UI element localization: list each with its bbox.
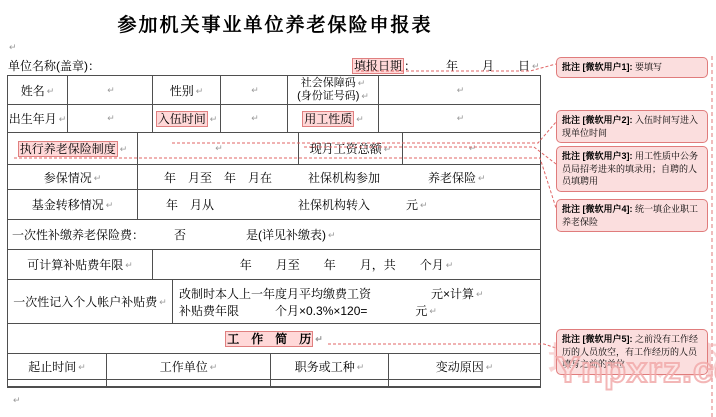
report-date-group: 填报日期： 年 月 日↵ bbox=[352, 57, 540, 74]
watermark-wordmark: Ynpxrz.com bbox=[556, 349, 716, 391]
name-value-cell[interactable]: ↵ bbox=[67, 76, 152, 104]
table-row: 可计算补贴费年限↵ 年 月至 年 月，共 个月↵ bbox=[8, 249, 540, 279]
paragraph-mark: ↵ bbox=[107, 113, 115, 124]
paragraph-mark: ↵ bbox=[469, 143, 477, 154]
comment-author: 批注 [微软用户1]: bbox=[562, 62, 633, 72]
table-row: 参保情况↵ 年 月至 年 月在 社保机构参加 养老保险↵ bbox=[8, 164, 540, 189]
header-line: 单位名称(盖章)： 填报日期： 年 月 日↵ bbox=[8, 55, 542, 73]
employment-value-cell[interactable]: ↵ bbox=[378, 105, 540, 132]
table-row: 一次性补缴养老保险费： 否 是(详见补缴表)↵ bbox=[8, 219, 540, 249]
transfer-value-cell[interactable]: 年 月从 社保机构转入 元↵ bbox=[137, 190, 540, 219]
comment-anchor-work-history[interactable]: 工 作 简 历 bbox=[225, 331, 313, 347]
insured-value-cell[interactable]: 年 月至 年 月在 社保机构参加 养老保险↵ bbox=[137, 165, 540, 189]
comment-anchor-pension-system[interactable]: 执行养老保险制度 bbox=[18, 141, 118, 157]
paragraph-mark: ↵ bbox=[457, 85, 465, 96]
comment-balloon-1[interactable]: 批注 [微软用户1]: 要填写 bbox=[556, 57, 708, 78]
comment-author: 批注 [微软用户2]: bbox=[562, 115, 633, 125]
paragraph-mark: ↵ bbox=[9, 42, 17, 53]
paragraph-mark: ↵ bbox=[215, 143, 223, 154]
comment-author: 批注 [微软用户4]: bbox=[562, 204, 633, 214]
comment-balloon-3[interactable]: 批注 [微软用户3]: 用工性质中公务员局招考进来的填录用；自聘的人员填聘用 bbox=[556, 146, 708, 192]
transfer-label-cell: 基金转移情况↵ bbox=[8, 190, 137, 219]
wh-col-employer: 工作单位↵ bbox=[106, 354, 270, 379]
table-row: 基金转移情况↵ 年 月从 社保机构转入 元↵ bbox=[8, 189, 540, 219]
application-form-table: 姓名↵ ↵ 性别↵ ↵ 社会保障码↵ (身份证号码)↵ ↵ 出生年月↵ ↵ 入伍… bbox=[7, 75, 541, 388]
subsidy-years-value-cell[interactable]: 年 月至 年 月，共 个月↵ bbox=[152, 250, 540, 279]
subsidy-years-label-cell: 可计算补贴费年限↵ bbox=[8, 250, 152, 279]
wh-col-reason: 变动原因↵ bbox=[388, 354, 540, 379]
paragraph-mark: ↵ bbox=[457, 113, 465, 124]
document-page: 参加机关事业单位养老保险申报表 ↵ 单位名称(盖章)： 填报日期： 年 月 日↵… bbox=[0, 0, 716, 417]
enlist-label-cell: 入伍时间↵ bbox=[152, 105, 220, 132]
table-row: 一次性记入个人帐户补贴费↵ 改制时本人上一年度月平均缴费工资 元×计算↵ 补贴费… bbox=[8, 279, 540, 323]
wh-empty-cell[interactable] bbox=[388, 380, 540, 386]
account-subsidy-value-cell[interactable]: 改制时本人上一年度月平均缴费工资 元×计算↵ 补贴费年限 个月×0.3%×120… bbox=[172, 280, 540, 323]
insured-label-cell: 参保情况↵ bbox=[8, 165, 137, 189]
salary-value-cell[interactable]: ↵ bbox=[402, 133, 540, 164]
table-row: 工 作 简 历↵ bbox=[8, 323, 540, 353]
wh-empty-cell[interactable] bbox=[270, 380, 388, 386]
birth-value-cell[interactable]: ↵ bbox=[67, 105, 152, 132]
comment-balloon-4[interactable]: 批注 [微软用户4]: 统一填企业职工养老保险 bbox=[556, 199, 708, 232]
comment-author: 批注 [微软用户3]: bbox=[562, 151, 633, 161]
employment-label-cell: 用工性质↵ bbox=[287, 105, 378, 132]
paragraph-mark: ↵ bbox=[251, 85, 259, 96]
name-label-cell: 姓名↵ bbox=[8, 76, 67, 104]
gender-label-cell: 性别↵ bbox=[152, 76, 220, 104]
paragraph-mark: ↵ bbox=[532, 61, 540, 71]
comment-anchor-enlist-time[interactable]: 入伍时间 bbox=[156, 111, 208, 127]
comment-balloon-2[interactable]: 批注 [微软用户2]: 入伍时间写进入现单位时间 bbox=[556, 110, 708, 143]
gender-value-cell[interactable]: ↵ bbox=[220, 76, 287, 104]
comment-anchor-report-date[interactable]: 填报日期 bbox=[352, 58, 404, 74]
paragraph-mark: ↵ bbox=[13, 395, 21, 406]
comment-anchor-employment-type[interactable]: 用工性质 bbox=[302, 111, 354, 127]
paragraph-mark: ↵ bbox=[107, 85, 115, 96]
birth-label-cell: 出生年月↵ bbox=[8, 105, 67, 132]
enlist-value-cell[interactable]: ↵ bbox=[220, 105, 287, 132]
wh-col-position: 职务或工种↵ bbox=[270, 354, 388, 379]
form-title: 参加机关事业单位养老保险申报表 bbox=[8, 10, 542, 37]
wh-col-period: 起止时间↵ bbox=[8, 354, 106, 379]
salary-label-cell: 现月工资总额↵ bbox=[298, 133, 402, 164]
account-subsidy-label-cell: 一次性记入个人帐户补贴费↵ bbox=[8, 280, 172, 323]
onetime-pay-cell[interactable]: 一次性补缴养老保险费： 否 是(详见补缴表)↵ bbox=[8, 220, 540, 249]
ssn-label-cell: 社会保障码↵ (身份证号码)↵ bbox=[287, 76, 378, 104]
unit-name-label: 单位名称(盖章)： bbox=[8, 57, 100, 74]
table-row: 出生年月↵ ↵ 入伍时间↵ ↵ 用工性质↵ ↵ bbox=[8, 104, 540, 132]
comment-text: 要填写 bbox=[635, 62, 662, 72]
ssn-value-cell[interactable]: ↵ bbox=[378, 76, 540, 104]
table-row: 起止时间↵ 工作单位↵ 职务或工种↵ 变动原因↵ bbox=[8, 353, 540, 379]
comment-author: 批注 [微软用户5]: bbox=[562, 334, 633, 344]
work-history-heading-cell: 工 作 简 历↵ bbox=[8, 324, 540, 353]
paragraph-mark: ↵ bbox=[251, 113, 259, 124]
report-date-blanks: ： 年 月 日 bbox=[404, 59, 530, 73]
wh-empty-cell[interactable] bbox=[106, 380, 270, 386]
pension-system-value-cell[interactable]: ↵ bbox=[137, 133, 298, 164]
pension-system-label-cell: 执行养老保险制度↵ bbox=[8, 133, 137, 164]
table-row: 执行养老保险制度↵ ↵ 现月工资总额↵ ↵ bbox=[8, 132, 540, 164]
table-row: 姓名↵ ↵ 性别↵ ↵ 社会保障码↵ (身份证号码)↵ ↵ bbox=[8, 76, 540, 104]
wh-empty-cell[interactable] bbox=[8, 380, 106, 386]
table-row bbox=[8, 379, 540, 386]
page-edge-marks bbox=[0, 6, 2, 406]
